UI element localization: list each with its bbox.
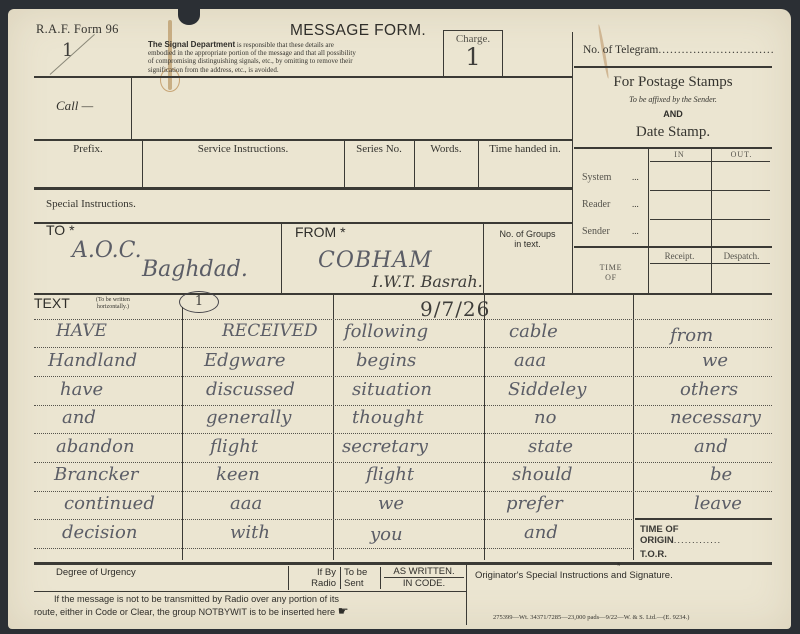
receipt-label: Receipt.	[648, 251, 711, 261]
word: aaa	[514, 350, 546, 371]
word: no	[534, 407, 556, 428]
word: situation	[352, 379, 432, 400]
rule	[34, 187, 572, 190]
dotted-rule	[34, 405, 772, 406]
word: and	[62, 407, 96, 428]
rule	[484, 295, 485, 560]
origin-label: ORIGIN	[640, 535, 674, 546]
charge-value: 1	[444, 45, 502, 69]
originator-signature-field[interactable]	[470, 584, 770, 606]
reader-label: Reader	[582, 199, 610, 210]
word: we	[702, 350, 728, 371]
urgency-label: Degree of Urgency	[56, 567, 136, 578]
if-by-label: If By	[296, 567, 336, 578]
word: secretary	[342, 436, 428, 457]
date-stamp-label: Date Stamp.	[574, 124, 772, 141]
word: with	[230, 522, 270, 543]
word: flight	[210, 436, 258, 457]
time-of-origin-label: TIME OF ORIGIN.............	[640, 524, 721, 546]
words-label: Words.	[414, 143, 478, 155]
from-line-2[interactable]: I.W.T. Basrah.	[372, 272, 483, 291]
dotted-rule	[34, 491, 772, 492]
rule	[635, 518, 772, 520]
reader-in-field[interactable]	[650, 192, 710, 218]
as-written-option[interactable]: AS WRITTEN.	[384, 566, 464, 578]
dotted-rule	[34, 462, 772, 463]
word: keen	[216, 464, 260, 485]
word: begins	[356, 350, 416, 371]
service-instructions-label: Service Instructions.	[142, 143, 344, 155]
to-line-2[interactable]: Baghdad.	[142, 257, 248, 282]
rule	[34, 293, 772, 295]
prefix-label: Prefix.	[34, 143, 142, 155]
rule	[34, 139, 572, 141]
word: and	[694, 436, 728, 457]
system-in-field[interactable]	[650, 163, 710, 189]
groups-label-line-1: No. of Groups	[483, 229, 572, 239]
word: aaa	[230, 493, 262, 514]
rule	[650, 190, 770, 191]
rule	[574, 246, 772, 248]
rule	[650, 161, 770, 162]
rule	[633, 295, 634, 560]
word: others	[680, 379, 738, 400]
word: following	[344, 321, 428, 342]
dotted-rule	[34, 347, 772, 348]
word: Edgware	[204, 350, 286, 371]
sender-dots: ...	[632, 226, 639, 236]
charge-box[interactable]: Charge. 1	[443, 30, 503, 77]
dotted-rule	[34, 319, 772, 320]
word: thought	[352, 407, 424, 428]
notice-line-1: is responsible that these details are	[237, 41, 334, 49]
dotted-rule	[34, 433, 772, 434]
radio-notice-line-1: If the message is not to be transmitted …	[34, 593, 466, 605]
to-label: TO *	[46, 222, 75, 238]
text-label: TEXT	[34, 295, 70, 311]
telegram-label: No. of Telegram.........................…	[583, 44, 775, 56]
urgency-field[interactable]	[170, 566, 285, 588]
originator-label: Originator's Special Instructions and Si…	[475, 570, 673, 581]
notice-line-3: of compromising distinguishing signals, …	[148, 57, 353, 65]
to-be-sent-label: To be Sent	[344, 567, 367, 589]
word: from	[670, 325, 713, 346]
word: prefer	[506, 493, 563, 514]
from-label: FROM *	[295, 224, 346, 240]
written-code-choice[interactable]: AS WRITTEN. IN CODE.	[384, 566, 464, 589]
word: HAVE	[56, 321, 107, 341]
word: cable	[509, 321, 558, 342]
groups-label-line-2: in text.	[483, 239, 572, 249]
form-title: MESSAGE FORM.	[290, 22, 426, 40]
rule	[281, 223, 282, 293]
dotted-rule	[34, 548, 634, 549]
rule	[650, 219, 770, 220]
word: flight	[366, 464, 414, 485]
word: we	[378, 493, 404, 514]
form-id: R.A.F. Form 96	[36, 22, 119, 37]
out-label: OUT.	[711, 150, 772, 159]
word: continued	[64, 493, 155, 514]
rule	[34, 76, 572, 78]
despatch-label: Despatch.	[711, 251, 772, 261]
word: RECEIVED	[222, 321, 318, 341]
word: decision	[62, 522, 137, 543]
call-field[interactable]	[133, 80, 569, 138]
radio-notice-line-2-wrap: route, either in Code or Clear, the grou…	[34, 605, 466, 618]
sender-out-field[interactable]	[713, 221, 771, 245]
rule	[574, 66, 772, 68]
of-label: OF	[574, 273, 648, 283]
system-dots: ...	[632, 172, 639, 182]
rule	[572, 32, 573, 294]
word: and	[524, 522, 558, 543]
word: leave	[694, 493, 742, 514]
word: Handland	[48, 350, 137, 371]
rule	[288, 566, 289, 590]
to-line-1[interactable]: A.O.C.	[72, 238, 142, 263]
rule	[466, 563, 467, 625]
word: abandon	[56, 436, 135, 457]
text-note: (To be written horizontally.)	[96, 297, 130, 310]
rule	[340, 567, 341, 589]
rule	[34, 562, 772, 565]
postage-title: For Postage Stamps	[574, 74, 772, 91]
text-note-line-1: (To be written	[96, 297, 130, 304]
notice-line-4: signification from the address, etc., is…	[148, 66, 279, 74]
word: you	[370, 524, 403, 545]
system-label: System	[582, 172, 611, 183]
rule	[574, 147, 772, 149]
word: be	[710, 464, 732, 485]
tor-label: T.O.R.	[640, 549, 667, 560]
rule	[34, 591, 466, 592]
rule	[650, 263, 770, 264]
time-handed-in-label: Time handed in.	[478, 143, 572, 155]
word: should	[512, 464, 573, 485]
word: necessary	[670, 407, 761, 428]
series-no-label: Series No.	[344, 143, 414, 155]
dotted-rule	[34, 376, 772, 377]
reader-dots: ...	[632, 199, 639, 209]
time-of-label-line: TIME OF	[640, 524, 721, 535]
notice-bold: The Signal Department	[148, 40, 235, 49]
time-of-label: TIME OF	[574, 263, 648, 283]
telegram-label-text: No. of Telegram	[583, 44, 658, 56]
paper-tear	[178, 5, 200, 25]
radio-label: Radio	[296, 578, 336, 589]
to-be-label: To be	[344, 567, 367, 578]
printer-imprint: 275399—Wt. 34371/7285—23,000 pads—9/22—W…	[493, 614, 689, 621]
word: Siddeley	[508, 379, 586, 400]
radio-notice-line-2: route, either in Code or Clear, the grou…	[34, 607, 335, 617]
from-line-1[interactable]: COBHAM	[318, 248, 433, 273]
in-code-option[interactable]: IN CODE.	[384, 578, 464, 589]
sender-label: Sender	[582, 226, 610, 237]
notice-line-2: embodied in the appropriate portion of t…	[148, 49, 356, 57]
word: Brancker	[54, 464, 138, 485]
if-by-radio-label: If By Radio	[296, 567, 336, 589]
rule	[380, 567, 381, 589]
in-label: IN	[648, 150, 711, 159]
date-written: 9/7/26	[420, 297, 490, 321]
word: discussed	[206, 379, 295, 400]
radio-notice: If the message is not to be transmitted …	[34, 593, 466, 618]
sent-label: Sent	[344, 578, 367, 589]
dotted-rule	[34, 519, 634, 520]
page-number-circle: 1	[179, 291, 219, 313]
signal-notice: The Signal Department is responsible tha…	[148, 41, 386, 74]
reader-out-field[interactable]	[713, 192, 771, 218]
word: state	[528, 436, 573, 457]
rule	[648, 149, 649, 246]
and-label: AND	[574, 109, 772, 119]
groups-label: No. of Groups in text.	[483, 229, 572, 249]
rule	[333, 295, 334, 560]
origin-line: ORIGIN.............	[640, 535, 721, 546]
postage-sub: To be affixed by the Sender.	[574, 95, 772, 104]
rule	[131, 78, 132, 140]
special-instructions-label: Special Instructions.	[46, 198, 136, 210]
word: generally	[206, 407, 291, 428]
word: have	[60, 379, 103, 400]
sender-in-field[interactable]	[650, 221, 710, 245]
pointing-hand-icon: ☛	[338, 604, 349, 618]
call-label: Call —	[56, 98, 93, 114]
system-out-field[interactable]	[713, 163, 771, 189]
time-label: TIME	[574, 263, 648, 273]
rule	[711, 149, 712, 246]
text-note-line-2: horizontally.)	[96, 304, 130, 311]
